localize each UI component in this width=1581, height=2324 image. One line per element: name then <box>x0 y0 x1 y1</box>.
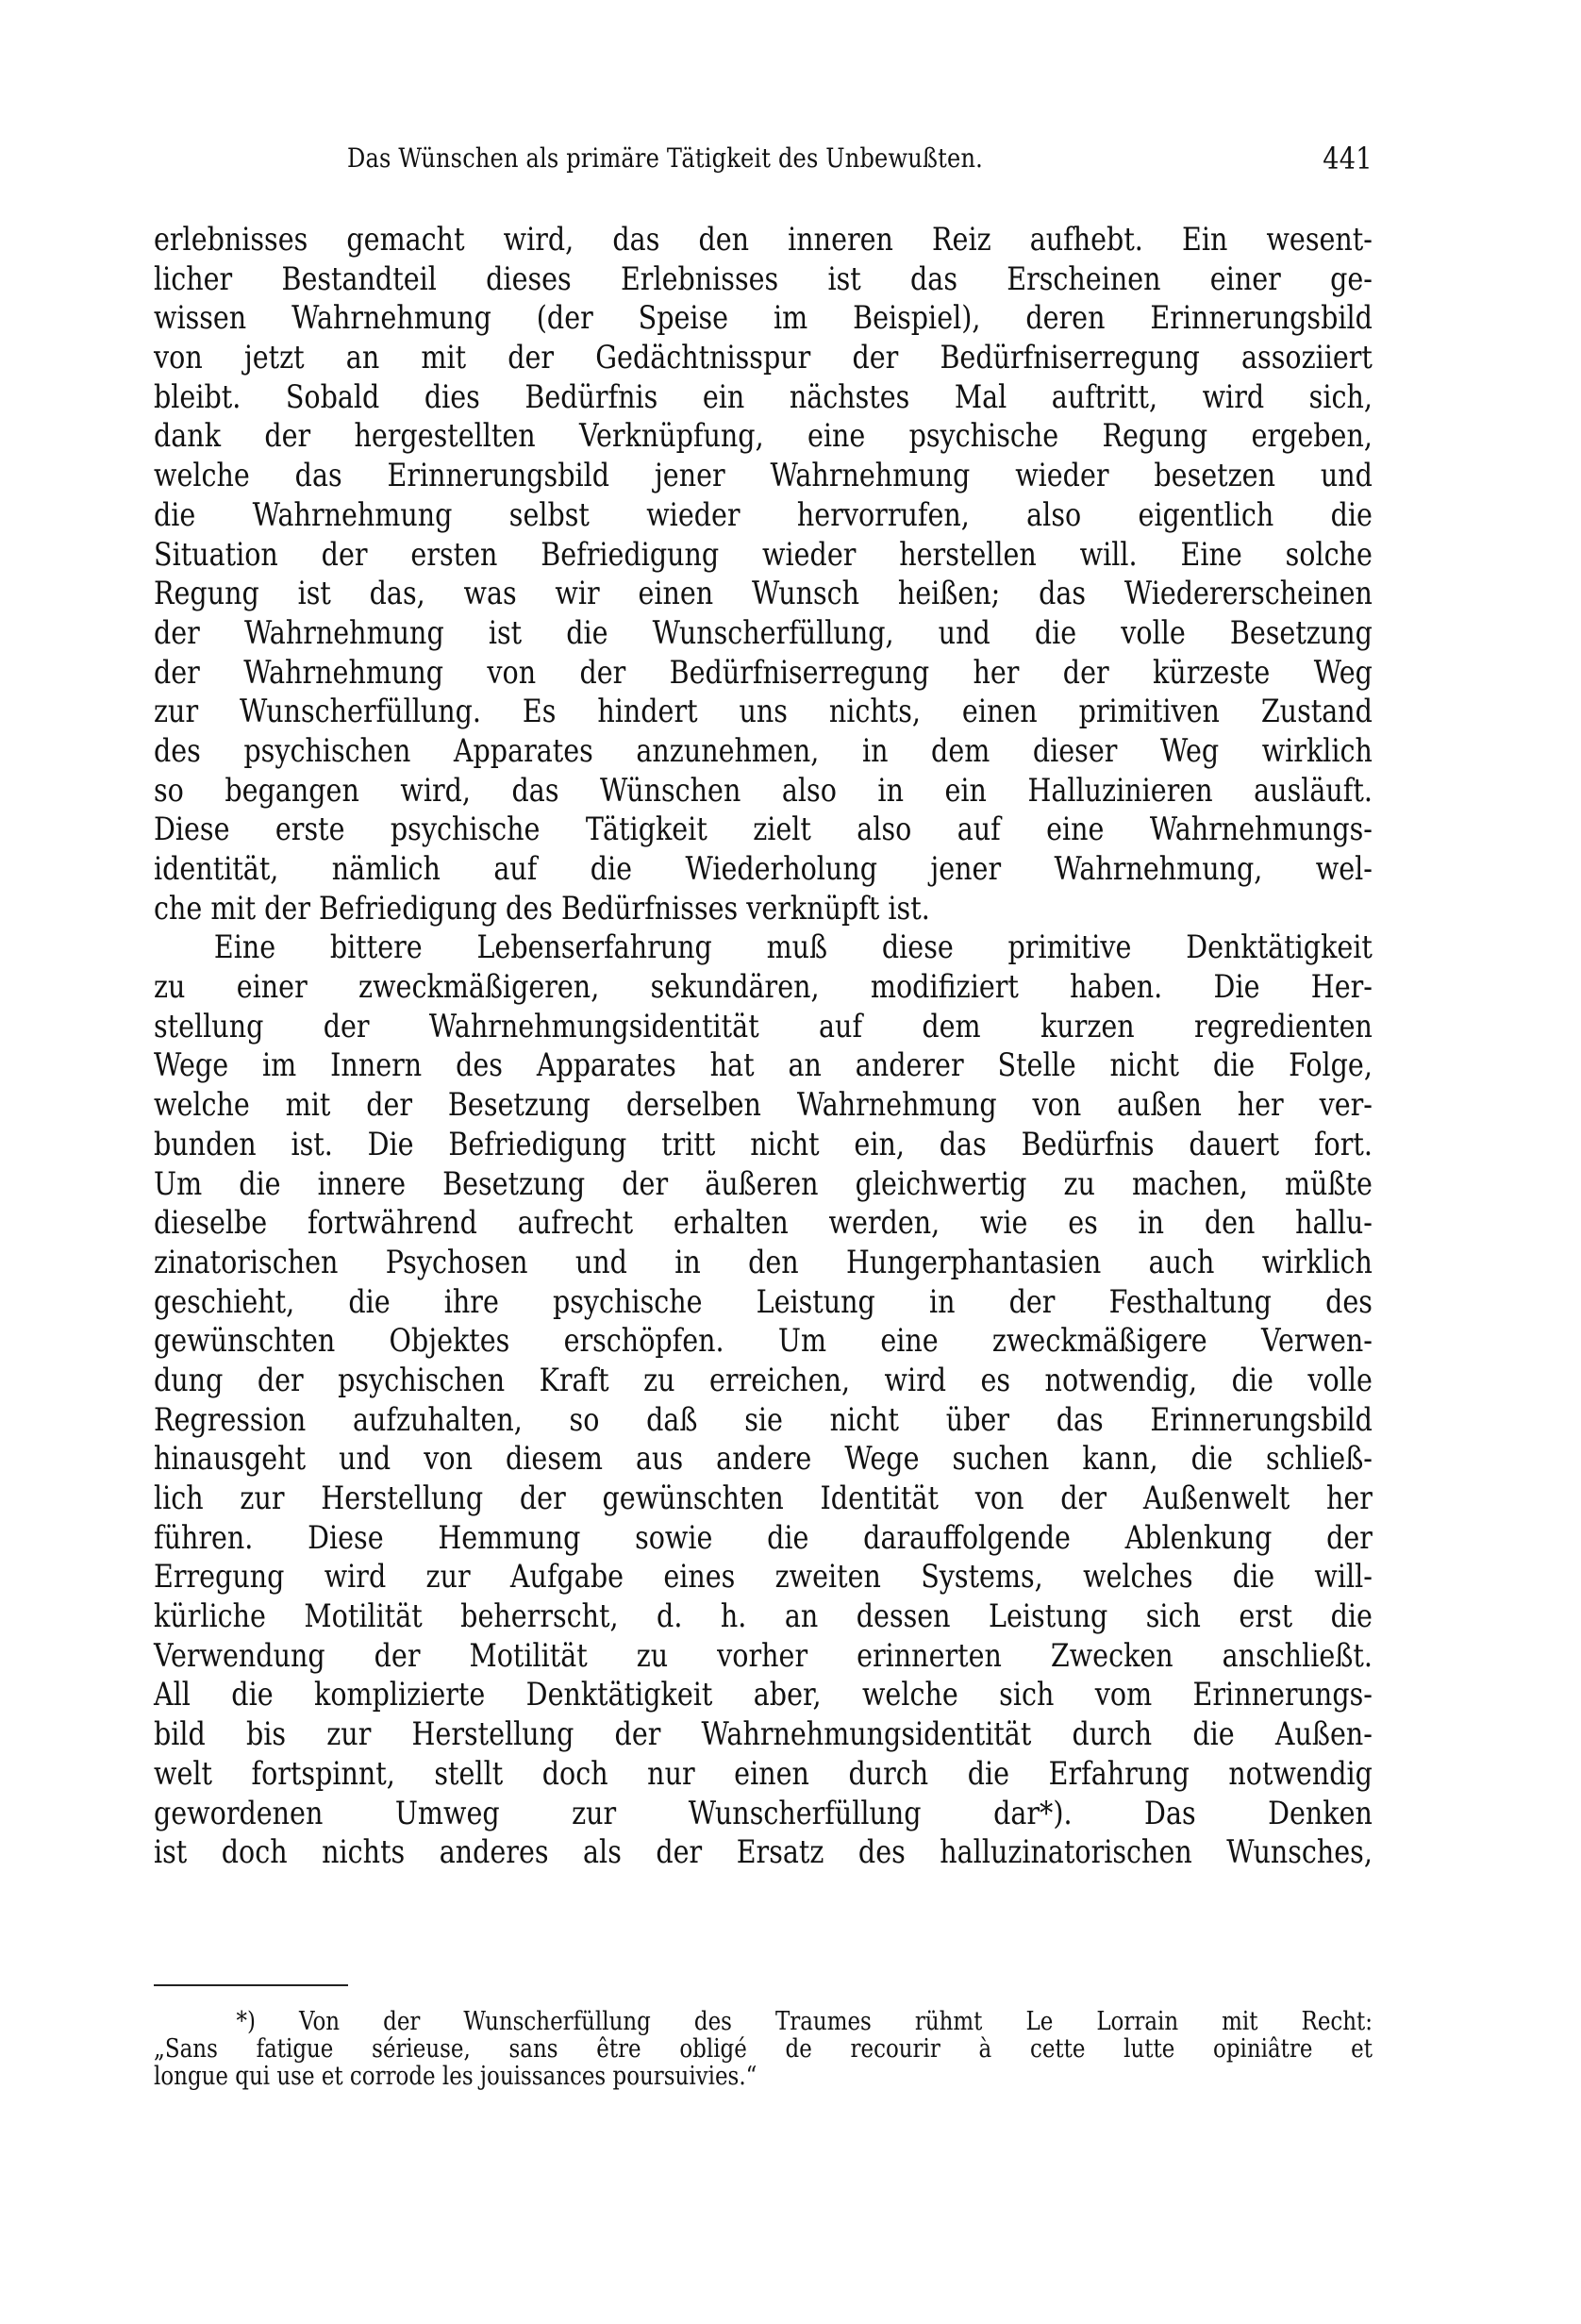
text-line: identität, nämlich auf die Wiederholung … <box>154 850 1373 890</box>
text-line: Diese erste psychische Tätigkeit zielt a… <box>154 811 1373 850</box>
text-line: die Wahrnehmung selbst wieder hervorrufe… <box>154 496 1373 536</box>
text-line: Erregung wird zur Aufgabe eines zweiten … <box>154 1558 1373 1597</box>
paragraph-last-line: che mit der Befriedigung des Bedürfnisse… <box>154 890 1373 929</box>
text-line: geschieht, die ihre psychische Leistung … <box>154 1283 1373 1323</box>
text-line: zur Wunscherfüllung. Es hindert uns nich… <box>154 693 1373 732</box>
paragraph-first-line: Eine bittere Lebenserfahrung muß diese p… <box>154 928 1373 968</box>
body-text: erlebnisses gemacht wird, das den innere… <box>154 221 1373 1873</box>
text-line: dung der psychischen Kraft zu erreichen,… <box>154 1362 1373 1401</box>
text-line: der Wahrnehmung ist die Wunscherfüllung,… <box>154 614 1373 654</box>
text-line: dieselbe fortwährend aufrecht erhalten w… <box>154 1204 1373 1244</box>
text-line: wissen Wahrnehmung (der Speise im Beispi… <box>154 299 1373 339</box>
text-line: bunden ist. Die Befriedigung tritt nicht… <box>154 1126 1373 1165</box>
text-line: zu einer zweckmäßigeren, sekundären, mod… <box>154 968 1373 1008</box>
text-line: Situation der ersten Befriedigung wieder… <box>154 536 1373 576</box>
running-title: Das Wünschen als primäre Tätigkeit des U… <box>347 140 983 177</box>
text-line: bild bis zur Herstellung der Wahrnehmung… <box>154 1715 1373 1755</box>
text-line: hinausgeht und von diesem aus andere Weg… <box>154 1440 1373 1480</box>
text-line: kürliche Motilität beherrscht, d. h. an … <box>154 1597 1373 1637</box>
footnote-line: „Sans fatigue sérieuse, sans être obligé… <box>154 2035 1373 2063</box>
text-line: Verwendung der Motilität zu vorher erinn… <box>154 1637 1373 1677</box>
text-line: Wege im Innern des Apparates hat an ande… <box>154 1046 1373 1086</box>
text-line: ist doch nichts anderes als der Ersatz d… <box>154 1833 1373 1873</box>
text-line: licher Bestandteil dieses Erlebnisses is… <box>154 260 1373 300</box>
text-line: welche mit der Besetzung derselben Wahrn… <box>154 1086 1373 1126</box>
text-line: Um die innere Besetzung der äußeren glei… <box>154 1165 1373 1205</box>
text-line: gewünschten Objektes erschöpfen. Um eine… <box>154 1322 1373 1362</box>
running-header: Das Wünschen als primäre Tätigkeit des U… <box>154 140 1373 177</box>
text-line: führen. Diese Hemmung sowie die darauffo… <box>154 1519 1373 1559</box>
footnote-line: longue qui use et corrode les jouissance… <box>154 2063 1373 2090</box>
text-line: der Wahrnehmung von der Bedürfniserregun… <box>154 654 1373 694</box>
text-line: von jetzt an mit der Gedächtnisspur der … <box>154 339 1373 378</box>
text-line: Regression aufzuhalten, so daß sie nicht… <box>154 1401 1373 1441</box>
text-line: zinatorischen Psychosen und in den Hunge… <box>154 1244 1373 1283</box>
text-line: Regung ist das, was wir einen Wunsch hei… <box>154 575 1373 614</box>
text-line: erlebnisses gemacht wird, das den innere… <box>154 221 1373 260</box>
footnote-line: *) Von der Wunscherfüllung des Traumes r… <box>154 2008 1373 2035</box>
footnote-divider <box>154 1984 348 1986</box>
text-line: All die komplizierte Denktätigkeit aber,… <box>154 1676 1373 1715</box>
page-number: 441 <box>1323 140 1373 177</box>
text-line: stellung der Wahrnehmungsidentität auf d… <box>154 1008 1373 1047</box>
text-line: dank der hergestellten Verknüpfung, eine… <box>154 417 1373 457</box>
text-line: lich zur Herstellung der gewünschten Ide… <box>154 1480 1373 1519</box>
text-line: so begangen wird, das Wünschen also in e… <box>154 772 1373 811</box>
text-line: bleibt. Sobald dies Bedürfnis ein nächst… <box>154 378 1373 418</box>
text-line: welt fortspinnt, stellt doch nur einen d… <box>154 1755 1373 1795</box>
footnote: *) Von der Wunscherfüllung des Traumes r… <box>154 2008 1373 2090</box>
text-line: welche das Erinnerungsbild jener Wahrneh… <box>154 457 1373 496</box>
text-line: des psychischen Apparates anzunehmen, in… <box>154 732 1373 772</box>
text-line: gewordenen Umweg zur Wunscherfüllung dar… <box>154 1795 1373 1834</box>
